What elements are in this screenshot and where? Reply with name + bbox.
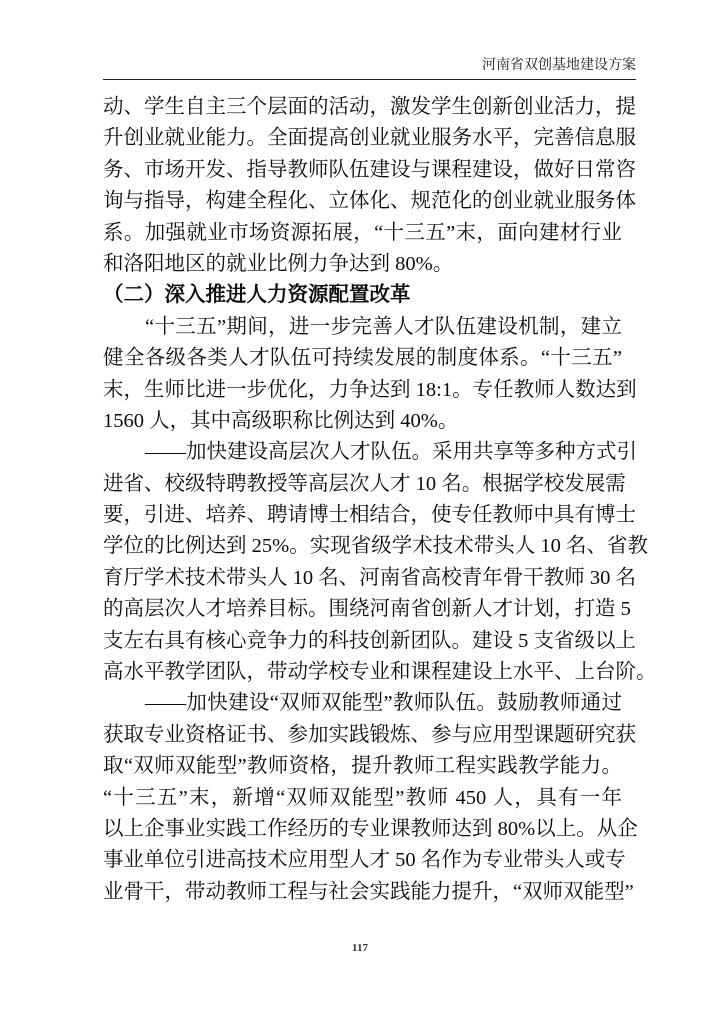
body-line: 动、学生自主三个层面的活动，激发学生创新创业活力，提 xyxy=(103,92,622,123)
body-line: “十三五”期间，进一步完善人才队伍建设机制，建立 xyxy=(103,312,622,343)
body-line: ——加快建设“双师双能型”教师队伍。鼓励教师通过 xyxy=(103,688,622,719)
body-line: 以上企事业实践工作经历的专业课教师达到 80%以上。从企 xyxy=(103,814,622,845)
body-line: 1560 人，其中高级职称比例达到 40%。 xyxy=(103,406,622,437)
body-line: 的高层次人才培养目标。围绕河南省创新人才计划，打造 5 xyxy=(103,594,622,625)
page-footer: 117 xyxy=(0,942,720,954)
document-body: 动、学生自主三个层面的活动，激发学生创新创业活力，提 升创业就业能力。全面提高创… xyxy=(103,92,622,908)
body-line: 进省、校级特聘教授等高层次人才 10 名。根据学校发展需 xyxy=(103,469,622,500)
body-line: 和洛阳地区的就业比例力争达到 80%。 xyxy=(103,249,622,280)
body-line: 要，引进、培养、聘请博士相结合，使专任教师中具有博士 xyxy=(103,500,622,531)
body-line: 高水平教学团队，带动学校专业和课程建设上水平、上台阶。 xyxy=(103,657,622,688)
page-number: 117 xyxy=(352,942,368,954)
body-line: 支左右具有核心竞争力的科技创新团队。建设 5 支省级以上 xyxy=(103,626,622,657)
body-line: 事业单位引进高技术应用型人才 50 名作为专业带头人或专 xyxy=(103,845,622,876)
section-heading: （二）深入推进人力资源配置改革 xyxy=(103,280,622,311)
page-header: 河南省双创基地建设方案 xyxy=(103,57,636,80)
body-line: 获取专业资格证书、参加实践锻炼、参与应用型课题研究获 xyxy=(103,720,622,751)
body-line: 末，生师比进一步优化，力争达到 18:1。专任教师人数达到 xyxy=(103,375,622,406)
body-line: 育厅学术技术带头人 10 名、河南省高校青年骨干教师 30 名 xyxy=(103,563,622,594)
header-title: 河南省双创基地建设方案 xyxy=(482,58,636,73)
body-line: “十三五”末，新增“双师双能型”教师 450 人，具有一年 xyxy=(103,783,622,814)
body-line: 升创业就业能力。全面提高创业就业服务水平，完善信息服 xyxy=(103,123,622,154)
body-line: 系。加强就业市场资源拓展，“十三五”末，面向建材行业 xyxy=(103,218,622,249)
body-line: 健全各级各类人才队伍可持续发展的制度体系。“十三五” xyxy=(103,343,622,374)
body-line: 业骨干，带动教师工程与社会实践能力提升，“双师双能型” xyxy=(103,877,622,908)
body-line: 询与指导，构建全程化、立体化、规范化的创业就业服务体 xyxy=(103,186,622,217)
document-page: 河南省双创基地建设方案 动、学生自主三个层面的活动，激发学生创新创业活力，提 升… xyxy=(0,0,720,1018)
body-line: 务、市场开发、指导教师队伍建设与课程建设，做好日常咨 xyxy=(103,155,622,186)
body-line: 取“双师双能型”教师资格，提升教师工程实践教学能力。 xyxy=(103,751,622,782)
body-line: 学位的比例达到 25%。实现省级学术技术带头人 10 名、省教 xyxy=(103,531,622,562)
body-line: ——加快建设高层次人才队伍。采用共享等多种方式引 xyxy=(103,437,622,468)
